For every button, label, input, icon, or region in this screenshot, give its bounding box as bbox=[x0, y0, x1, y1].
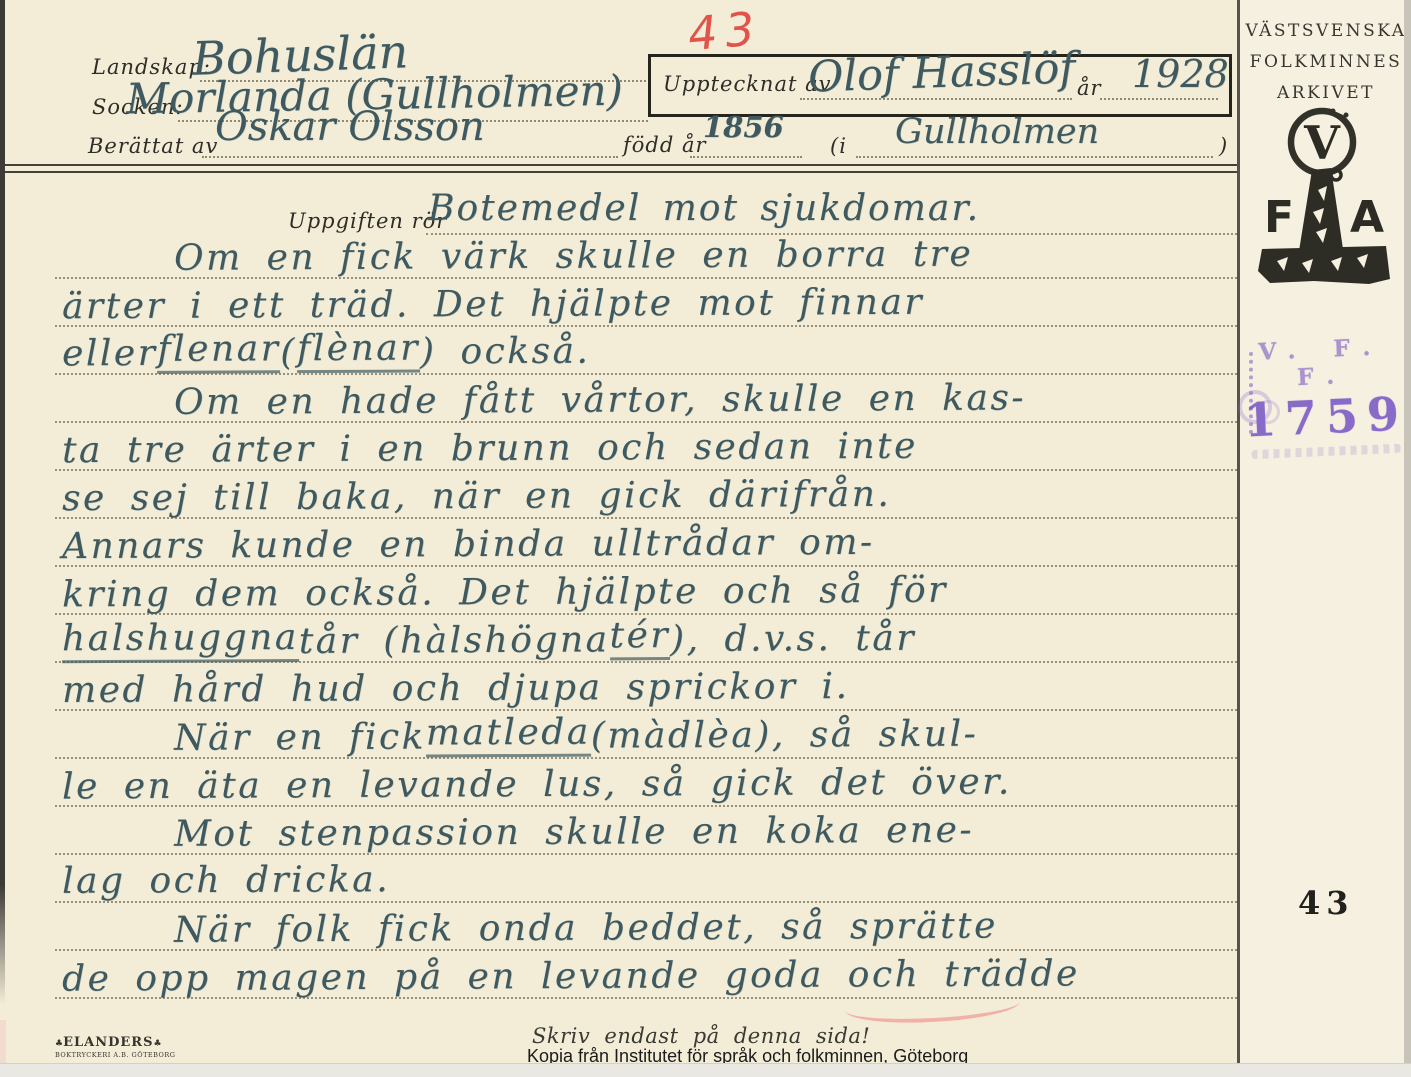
manuscript-segment: ta tre ärter i en brunn och sedan inte bbox=[62, 426, 918, 471]
manuscript-line: Annars kunde en binda ulltrådar om- bbox=[62, 517, 875, 569]
stamp-flourish-small bbox=[1256, 400, 1280, 424]
manuscript-segment: Om en hade fått vårtor, skulle en kas- bbox=[174, 377, 1026, 422]
manuscript-line: se sej till baka, när en gick därifrån. bbox=[62, 469, 892, 521]
org-line-1: VÄSTSVENSKA bbox=[1239, 16, 1411, 47]
manuscript-segment: ), d.v.s. tår bbox=[670, 618, 916, 660]
scan-edge-right bbox=[1404, 0, 1411, 1077]
manuscript-line: eller flenar (flènar) också. bbox=[62, 326, 591, 377]
manuscript-segment: ( bbox=[280, 332, 297, 373]
manuscript-segment: Mot stenpassion skulle en koka ene- bbox=[174, 810, 974, 855]
logo-letter-a: A bbox=[1350, 192, 1384, 243]
manuscript-line: ta tre ärter i en brunn och sedan inte bbox=[62, 421, 918, 473]
manuscript-segment: ) också. bbox=[420, 331, 591, 373]
org-line-2: FOLKMINNES bbox=[1239, 47, 1411, 78]
underlined-word: matleda bbox=[426, 712, 591, 758]
manuscript-line: Om en fick värk skulle en borra tre bbox=[62, 229, 974, 282]
manuscript-line: När folk fick onda beddet, så sprätte bbox=[62, 901, 998, 954]
stamp-initials: V. F. F. bbox=[1240, 333, 1404, 394]
manuscript-line: med hård hud och djupa sprickor i. bbox=[62, 661, 850, 713]
manuscript-segment: Om en fick värk skulle en borra tre bbox=[174, 234, 973, 279]
printer-mark: ♣ELANDERS♣ BOKTRYCKERI A.B. GÖTEBORG bbox=[55, 1035, 175, 1061]
vfa-thors-hammer-logo-icon: V F A bbox=[1254, 102, 1394, 310]
manuscript-segment: le en äta en levande lus, så gick det öv… bbox=[62, 762, 1012, 808]
manuscript-segment: (màdlèa), så skul- bbox=[591, 714, 979, 757]
underlined-word: halshuggna bbox=[62, 617, 299, 663]
manuscript-segment: ärter i ett träd. Det hjälpte mot finnar bbox=[62, 282, 924, 328]
manuscript-line: kring dem också. Det hjälpte och så för bbox=[62, 565, 948, 618]
manuscript-segment: eller bbox=[62, 333, 158, 374]
write-one-side-instruction: Skriv endast på denna sida! bbox=[532, 1024, 870, 1048]
manuscript-line: le en äta en levande lus, så gick det öv… bbox=[62, 757, 1012, 810]
manuscript-segment: kring dem också. Det hjälpte och så för bbox=[62, 570, 948, 616]
manuscript-segment: Annars kunde en binda ulltrådar om- bbox=[62, 522, 875, 567]
manuscript-segment: När en fick bbox=[174, 716, 426, 758]
manuscript-segment: tår (hàlshögna bbox=[299, 619, 610, 662]
manuscript-line: halshuggna tår (hàlshögna tér), d.v.s. t… bbox=[62, 613, 916, 665]
logo-letter-v: V bbox=[1303, 116, 1341, 170]
logo-letter-f: F bbox=[1264, 192, 1294, 243]
manuscript-line: Om en hade fått vårtor, skulle en kas- bbox=[62, 372, 1026, 425]
manuscript-segment: se sej till baka, när en gick därifrån. bbox=[62, 474, 892, 519]
printer-ornament-left: ♣ bbox=[55, 1039, 63, 1049]
scan-edge-bottom-left bbox=[0, 1020, 6, 1065]
scan-edge-left bbox=[0, 0, 5, 1005]
printer-subtitle: BOKTRYCKERI A.B. GÖTEBORG bbox=[55, 1050, 175, 1061]
manuscript-segment: lag och dricka. bbox=[62, 859, 390, 902]
underlined-word: tér bbox=[609, 615, 670, 660]
manuscript-line: ärter i ett träd. Det hjälpte mot finnar bbox=[62, 277, 924, 330]
manuscript-segment: med hård hud och djupa sprickor i. bbox=[62, 666, 850, 711]
printer-name: ELANDERS bbox=[63, 1035, 153, 1050]
manuscript-segment: När folk fick onda beddet, så sprätte bbox=[174, 906, 998, 951]
manuscript-text: Om en fick värk skulle en borra treärter… bbox=[62, 0, 1247, 1077]
manuscript-line: lag och dricka. bbox=[62, 854, 390, 904]
stamped-page-number: 43 bbox=[1298, 884, 1355, 922]
printer-ornament-right: ♣ bbox=[153, 1039, 161, 1049]
scan-edge-bottom bbox=[0, 1063, 1411, 1077]
archive-record-card: Landskap: Socken: Berättat av född år (i… bbox=[0, 0, 1411, 1077]
manuscript-line: Mot stenpassion skulle en koka ene- bbox=[62, 805, 974, 858]
underlined-word: flenar bbox=[157, 328, 280, 374]
manuscript-line: När en fick matleda (màdlèa), så skul- bbox=[62, 709, 978, 762]
underlined-word: flènar bbox=[297, 328, 420, 374]
organization-name: VÄSTSVENSKA FOLKMINNES ARKIVET bbox=[1239, 16, 1411, 109]
